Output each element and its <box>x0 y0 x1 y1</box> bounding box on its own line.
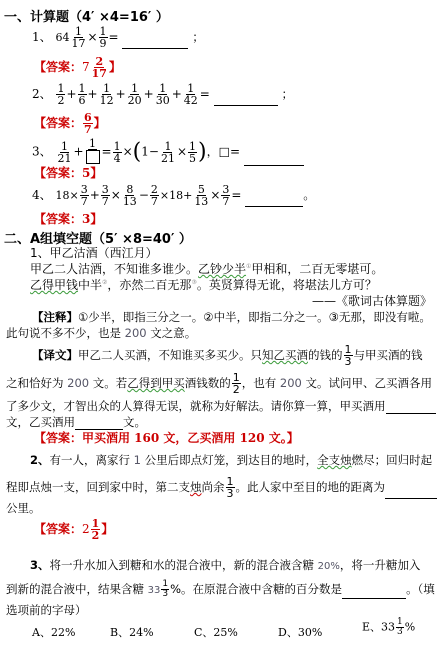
translation-line-2: 之和恰好为 200 文。若乙得到甲买酒钱数的12，也有 200 文。试问甲、乙买… <box>6 372 432 395</box>
note-line-1: 【注释】①少半，即指三分之一。②中半，即指二分之一。③无那，即没有啦。 <box>32 309 431 325</box>
answer-1-3: 【答案：5】 <box>34 164 102 181</box>
question-2-3-line-2: 到新的混合液中，结果含糖 3313%。在原混合液中含糖的百分数是。（填 <box>6 580 435 599</box>
answer-blank[interactable] <box>122 36 188 49</box>
poem-source: ——《歌词古体算题》 <box>312 292 432 309</box>
answer-1-1: 【答案：7217】 <box>34 56 121 79</box>
question-2-2-line-3: 公里。 <box>6 500 41 516</box>
answer-1-2: 【答案：67】 <box>34 112 106 135</box>
question-1-4: 4、 18×37+37×813−27×18+513×37= 。 <box>32 184 315 207</box>
answer-1-4: 【答案：3】 <box>34 210 102 227</box>
option-d[interactable]: D、30% <box>278 624 322 640</box>
poem-line-2: 乙得甲钱中半②，亦然二百无那③。英贤算得无讹，将堪法儿方可？ <box>30 276 377 293</box>
question-2-3-line-1: 3、将一升水加入到糖和水的混合液中，新的混合液含糖 20%，将一升糖加入 <box>30 557 420 573</box>
option-b[interactable]: B、24% <box>110 624 154 640</box>
fraction: 19 <box>99 26 108 49</box>
question-1-1: 1、 64117×19= ； <box>32 26 204 49</box>
answer-blank[interactable] <box>245 194 303 207</box>
translation-line-1: 【译文】甲乙二人买酒，不知谁买多买少。只知乙买酒的钱的13与甲买酒的钱 <box>32 344 423 367</box>
question-1-3: 3、 121+1=14×(1−121×15)，□= <box>32 138 304 166</box>
answer-2-1: 【答案：甲买酒用 160 文，乙买酒用 120 文。】 <box>34 429 299 446</box>
question-2-3-line-3: 选项前的字母） <box>6 602 87 618</box>
answer-blank-jia[interactable] <box>386 401 436 414</box>
answer-blank[interactable] <box>244 153 304 166</box>
translation-line-4: 文，乙买酒用文。 <box>6 414 146 430</box>
question-2-1-title: 1、甲乙沽酒（西江月） <box>30 244 158 261</box>
answer-blank[interactable] <box>214 93 278 106</box>
translation-line-3: 了多少文，才智出众的人算得无误，就称为好解法。请你算一算，甲买酒用 <box>6 398 436 414</box>
question-1-2: 2、 12+16+112+120+130+142= ； <box>32 83 294 106</box>
option-c[interactable]: C、25% <box>194 624 238 640</box>
poem-line-1: 甲乙二人沽酒，不知谁多谁少。乙钞少半①甲相和，二百无零堪可。 <box>30 260 383 277</box>
question-number: 1、 <box>32 30 52 44</box>
answer-2-2: 【答案：212】 <box>34 518 113 541</box>
section-1-title: 一、计算题（4′ ×4=16′ ） <box>4 6 169 25</box>
unknown-box <box>86 150 100 164</box>
question-2-2-line-1: 2、有一人，离家行 1 公里后即点灯笼，到达目的地时，全支烛燃尽；回归时起 <box>30 452 432 468</box>
option-a[interactable]: A、22% <box>32 624 75 640</box>
answer-blank[interactable] <box>385 486 437 499</box>
answer-blank[interactable] <box>342 586 406 599</box>
question-2-2-line-2: 程即点烛一支，回到家中时，第二支烛尚余13。此人家中至目的地的距离为 <box>6 476 437 499</box>
note-line-2: 此句说不多不少，也是 200 文之意。 <box>6 325 196 341</box>
fraction: 117 <box>70 26 86 49</box>
option-e[interactable]: E、3313% <box>362 618 415 637</box>
